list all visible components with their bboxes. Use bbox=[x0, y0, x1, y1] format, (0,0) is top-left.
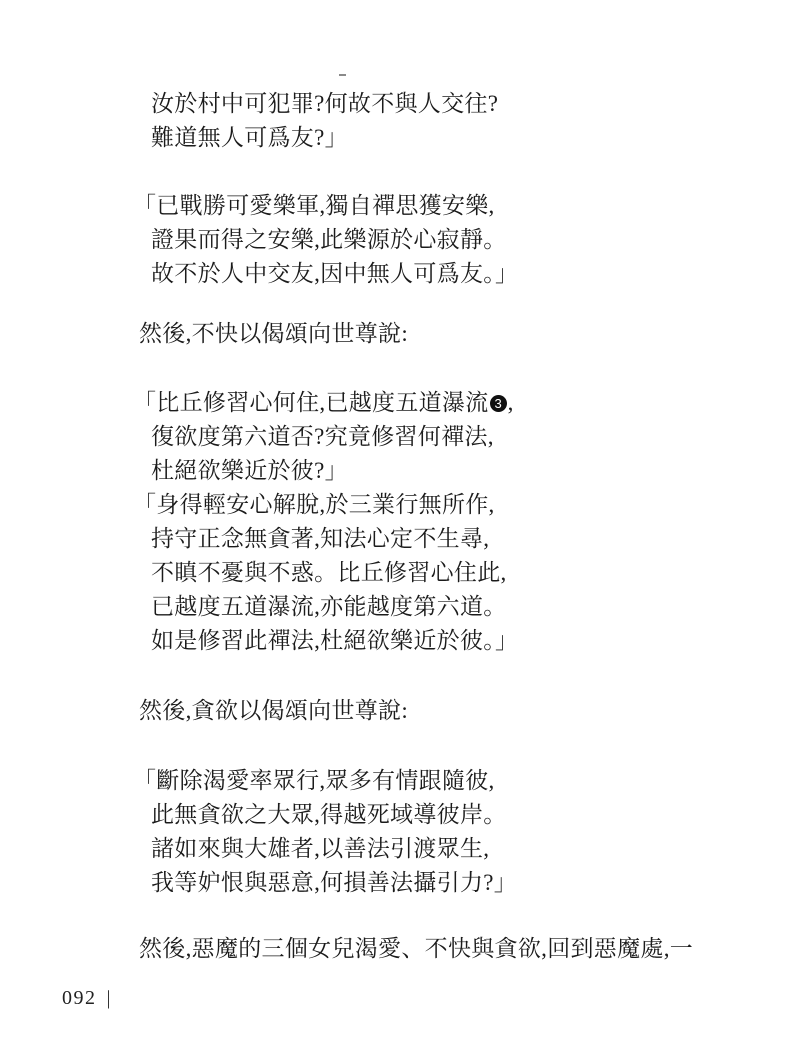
verse-line: 已越度五道瀑流,亦能越度第六道。 bbox=[151, 590, 518, 624]
page-number-divider: | bbox=[107, 986, 111, 1010]
scan-artifact-dash bbox=[339, 74, 346, 76]
verse-line-with-footnote: 「比丘修習心何住,已越度五道瀑流3, bbox=[151, 386, 518, 420]
verse-block-4: 「斷除渴愛率眾行,眾多有情跟隨彼, 此無貪欲之大眾,得越死域導彼岸。 諸如來與大… bbox=[151, 764, 517, 900]
verse-line: 證果而得之安樂,此樂源於心寂靜。 bbox=[151, 223, 518, 257]
verse-line: 杜絕欲樂近於彼?」 bbox=[151, 454, 518, 488]
book-page: 汝於村中可犯罪?何故不與人交往? 難道無人可爲友?」 「已戰勝可愛樂軍,獨自禪思… bbox=[0, 0, 792, 1056]
verse-line: 此無貪欲之大眾,得越死域導彼岸。 bbox=[151, 798, 517, 832]
verse-text-pre: 「比丘修習心何住,已越度五道瀑流 bbox=[133, 390, 489, 415]
verse-block-3: 「比丘修習心何住,已越度五道瀑流3, 復欲度第六道否?究竟修習何禪法, 杜絕欲樂… bbox=[151, 386, 518, 658]
paragraph-1: 然後,不快以偈頌向世尊說: bbox=[139, 317, 408, 351]
verse-block-1: 汝於村中可犯罪?何故不與人交往? 難道無人可爲友?」 bbox=[151, 87, 498, 155]
paragraph-3: 然後,惡魔的三個女兒渴愛、不快與貪欲,回到惡魔處,一 bbox=[139, 932, 693, 966]
page-number: 092 bbox=[62, 987, 97, 1009]
footnote-marker-icon: 3 bbox=[490, 395, 507, 412]
verse-line: 「身得輕安心解脫,於三業行無所作, bbox=[151, 488, 518, 522]
verse-line: 「已戰勝可愛樂軍,獨自禪思獲安樂, bbox=[151, 189, 518, 223]
verse-line: 諸如來與大雄者,以善法引渡眾生, bbox=[151, 832, 517, 866]
verse-text-post: , bbox=[508, 390, 514, 415]
page-footer: 092| bbox=[62, 986, 111, 1010]
verse-line: 「斷除渴愛率眾行,眾多有情跟隨彼, bbox=[151, 764, 517, 798]
verse-line: 如是修習此禪法,杜絕欲樂近於彼。」 bbox=[151, 624, 518, 658]
verse-line: 不瞋不憂與不惑。比丘修習心住此, bbox=[151, 556, 518, 590]
verse-line: 難道無人可爲友?」 bbox=[151, 121, 498, 155]
verse-block-2: 「已戰勝可愛樂軍,獨自禪思獲安樂, 證果而得之安樂,此樂源於心寂靜。 故不於人中… bbox=[151, 189, 518, 291]
prose-line: 然後,貪欲以偈頌向世尊說: bbox=[139, 694, 408, 728]
paragraph-2: 然後,貪欲以偈頌向世尊說: bbox=[139, 694, 408, 728]
verse-line: 汝於村中可犯罪?何故不與人交往? bbox=[151, 87, 498, 121]
verse-line: 我等妒恨與惡意,何損善法攝引力?」 bbox=[151, 866, 517, 900]
verse-line: 持守正念無貪著,知法心定不生尋, bbox=[151, 522, 518, 556]
prose-line: 然後,不快以偈頌向世尊說: bbox=[139, 317, 408, 351]
verse-line: 故不於人中交友,因中無人可爲友。」 bbox=[151, 257, 518, 291]
prose-line: 然後,惡魔的三個女兒渴愛、不快與貪欲,回到惡魔處,一 bbox=[139, 932, 693, 966]
verse-line: 復欲度第六道否?究竟修習何禪法, bbox=[151, 420, 518, 454]
